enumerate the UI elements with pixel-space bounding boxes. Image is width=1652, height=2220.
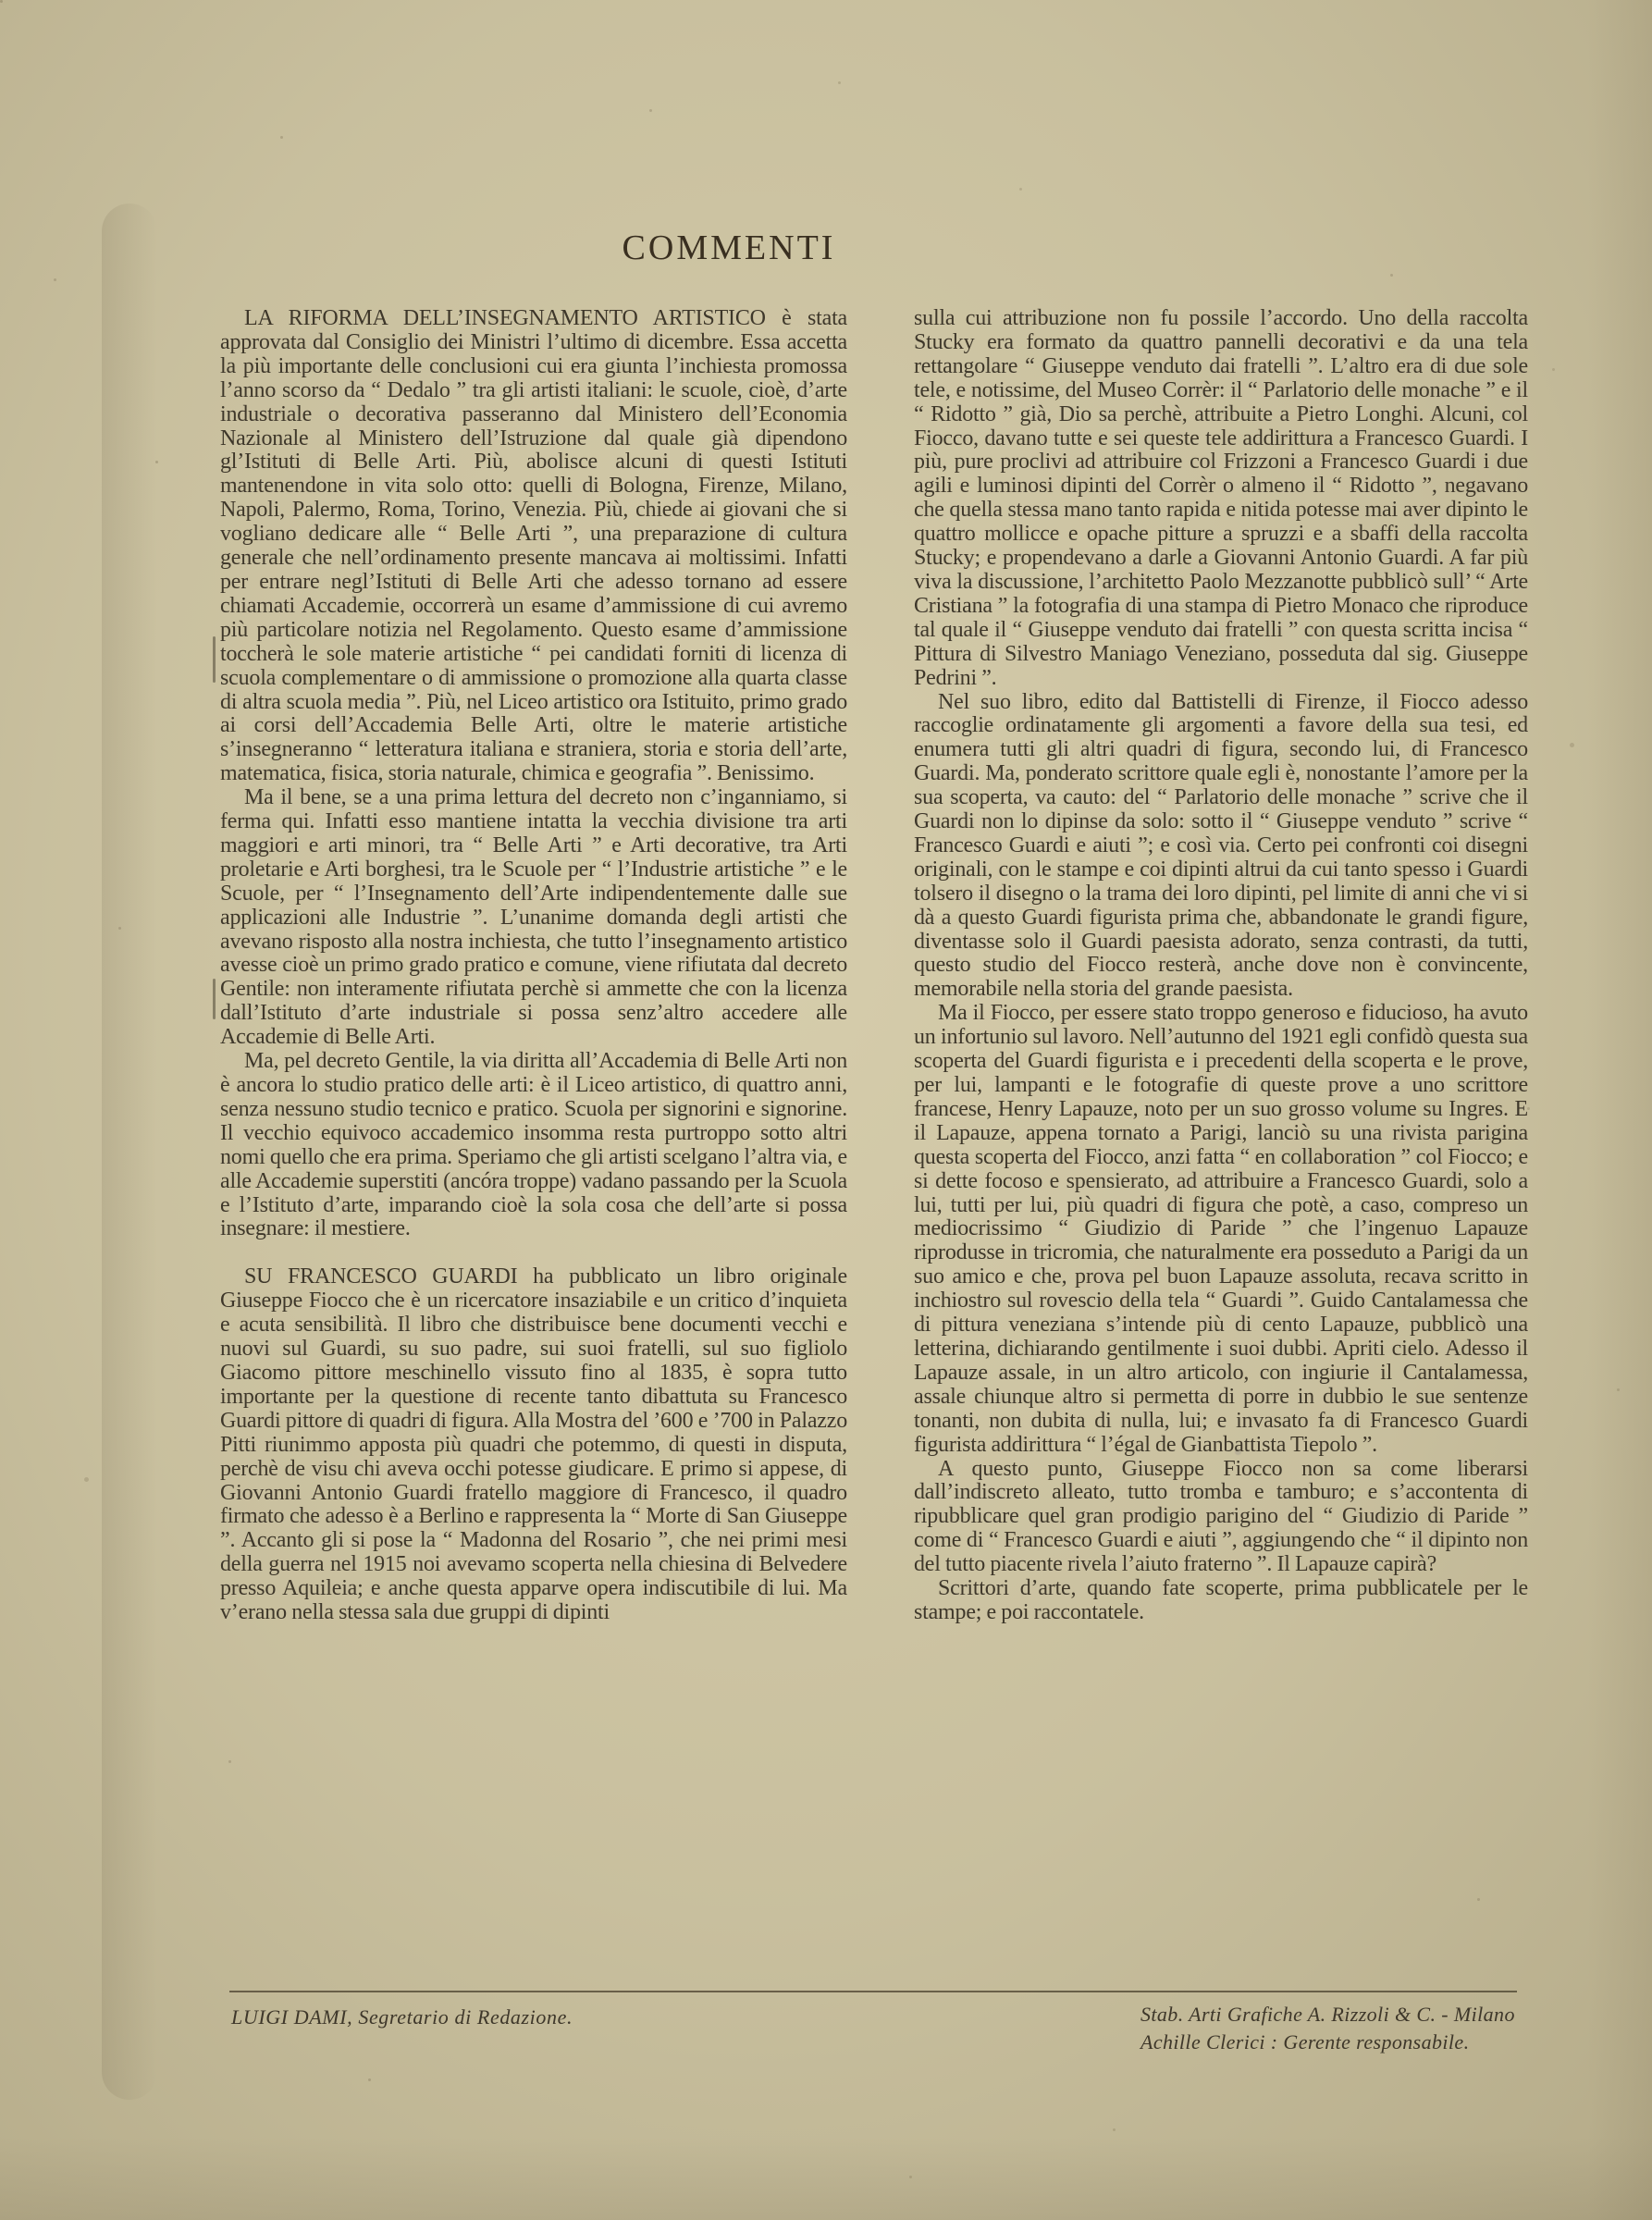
paragraph-attribuzione: sulla cui attribuzione non fu possile l’… [914, 307, 1528, 691]
paragraph-ma-pel-decreto: Ma, pel decreto Gentile, la via diritta … [220, 1050, 847, 1241]
text-column-left: LA RIFORMA DELL’INSEGNAMENTO ARTISTICO è… [220, 307, 847, 1625]
footer-printer-credit: Stab. Arti Grafiche A. Rizzoli & C. - Mi… [1140, 2001, 1515, 2055]
paragraph-a-questo-punto: A questo punto, Giuseppe Fiocco non sa c… [914, 1458, 1528, 1578]
scanned-magazine-page: COMMENTI LA RIFORMA DELL’INSEGNAMENTO AR… [0, 0, 1652, 2220]
paragraph-su-francesco-guardi: SU FRANCESCO GUARDI ha pubblicato un lib… [220, 1265, 847, 1625]
paragraph-scrittori-darte: Scrittori d’arte, quando fate scoperte, … [914, 1577, 1528, 1625]
paragraph-riforma: LA RIFORMA DELL’INSEGNAMENTO ARTISTICO è… [220, 307, 847, 786]
scan-edge-shade-right [1587, 0, 1652, 2220]
page-title: COMMENTI [623, 228, 836, 268]
paragraph-ma-il-bene: Ma il bene, se a una prima lettura del d… [220, 786, 847, 1050]
footer-printer-line: Stab. Arti Grafiche A. Rizzoli & C. - Mi… [1140, 2001, 1515, 2029]
margin-ink-mark [213, 979, 216, 1019]
paper-grain-specks [0, 0, 3, 3]
paragraph-ma-il-fiocco: Ma il Fiocco, per essere stato troppo ge… [914, 1002, 1528, 1457]
margin-ink-mark [213, 636, 216, 683]
footer-divider-rule [229, 1991, 1517, 1992]
footer-editor-credit: LUIGI DAMI, Segretario di Redazione. [231, 2005, 573, 2029]
page-gutter-shadow [102, 203, 157, 2100]
paragraph-nel-suo-libro: Nel suo libro, edito dal Battistelli di … [914, 691, 1528, 1003]
scan-edge-shade-bottom [0, 2137, 1652, 2220]
text-column-right: sulla cui attribuzione non fu possile l’… [914, 307, 1528, 1625]
footer-manager-line: Achille Clerici : Gerente responsabile. [1140, 2029, 1515, 2056]
